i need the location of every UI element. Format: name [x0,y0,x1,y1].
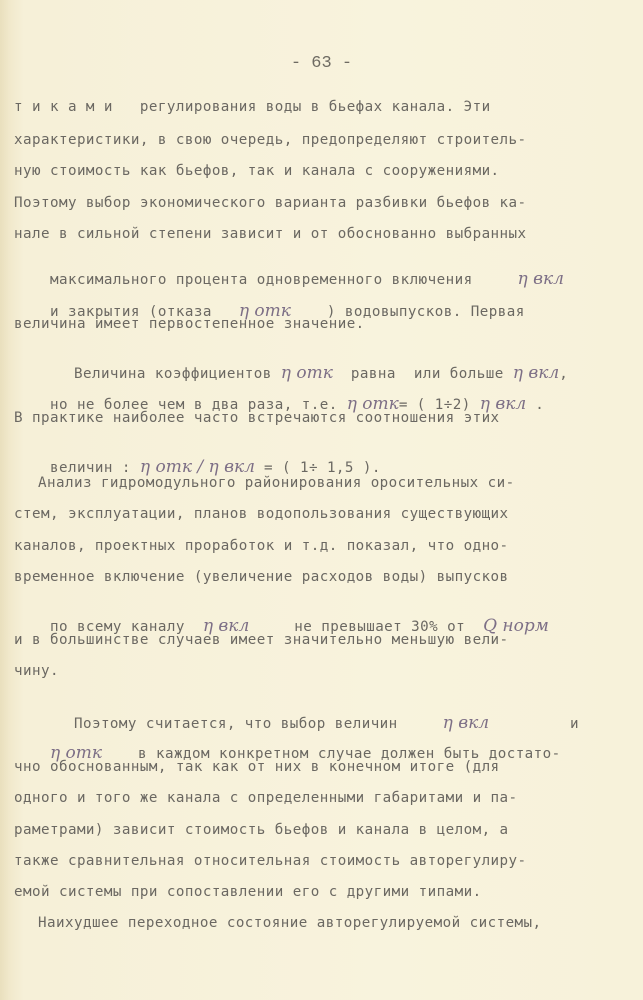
text-line: т и к а м и регулирования воды в бьефах … [14,99,491,115]
text-line: каналов, проектных проработок и т.д. пок… [14,538,509,554]
text-line: Анализ гидромодульного районирования оро… [14,475,515,491]
text-line: В практике наиболее часто встречаются со… [14,410,500,426]
line-text: , [559,366,568,382]
text-line: стем, эксплуатации, планов водопользован… [14,506,509,522]
text-line: чно обоснованным, так как от них в конеч… [14,759,500,775]
text-line: чину. [14,663,59,679]
line-text: величин : [50,460,131,476]
document-page: - 63 - т и к а м и регулирования воды в … [0,0,643,1000]
text-line: также сравнительная относительная стоимо… [14,853,527,869]
text-line: величина имеет первостепенное значение. [14,316,365,332]
line-text: = ( 1÷ 1,5 ). [264,460,381,476]
text-line: ную стоимость как бьефов, так и канала с… [14,163,500,179]
text-line: одного и того же канала с определенными … [14,790,518,806]
text-line: временное включение (увеличение расходов… [14,569,509,585]
text-line: емой системы при сопоставлении его с дру… [14,884,482,900]
text-line: нале в сильной степени зависит и от обос… [14,226,527,242]
text-line: раметрами) зависит стоимость бьефов и ка… [14,822,509,838]
text-line: Наихудшее переходное состояние авторегул… [14,915,542,931]
text-line: характеристики, в свою очередь, предопре… [14,132,527,148]
line-text: и [570,716,579,732]
page-number: - 63 - [0,54,643,73]
line-text: . [535,397,544,413]
text-line: и в большинстве случаев имеет значительн… [14,632,509,648]
text-line: Поэтому выбор экономического варианта ра… [14,195,527,211]
handwritten-fraction: η отк / η вкл [140,457,255,477]
